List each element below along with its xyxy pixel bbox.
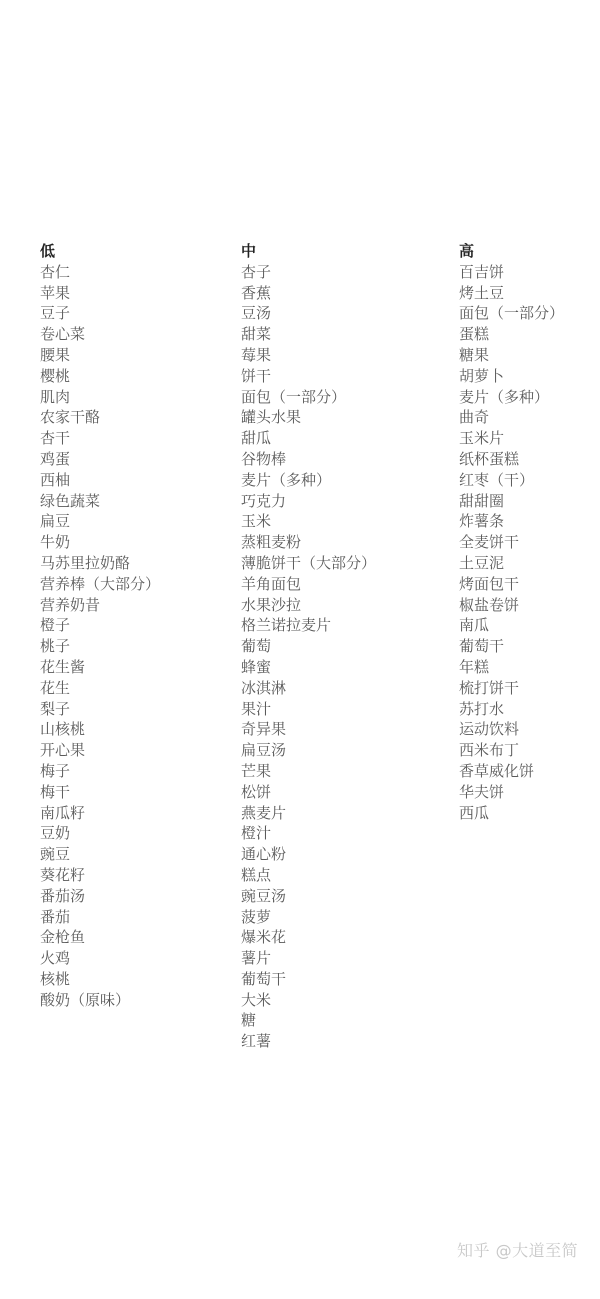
list-item: 扁豆 — [40, 511, 160, 532]
list-item: 南瓜 — [459, 615, 564, 636]
list-item: 百吉饼 — [459, 262, 564, 283]
list-item: 罐头水果 — [241, 407, 376, 428]
list-item: 绿色蔬菜 — [40, 491, 160, 512]
column-low: 低 杏仁苹果豆子卷心菜腰果樱桃肌肉农家干酪杏干鸡蛋西柚绿色蔬菜扁豆牛奶马苏里拉奶… — [40, 241, 160, 1010]
list-item: 大米 — [241, 990, 376, 1011]
list-item: 西瓜 — [459, 803, 564, 824]
list-item: 爆米花 — [241, 927, 376, 948]
list-item: 杏子 — [241, 262, 376, 283]
list-item: 豌豆汤 — [241, 886, 376, 907]
list-item: 葡萄 — [241, 636, 376, 657]
list-item: 炸薯条 — [459, 511, 564, 532]
list-item: 西米布丁 — [459, 740, 564, 761]
list-item: 饼干 — [241, 366, 376, 387]
list-item: 橙子 — [40, 615, 160, 636]
list-item: 甜甜圈 — [459, 491, 564, 512]
list-item: 花生 — [40, 678, 160, 699]
list-item: 红薯 — [241, 1031, 376, 1052]
list-item: 糕点 — [241, 865, 376, 886]
list-item: 樱桃 — [40, 366, 160, 387]
list-item: 蛋糕 — [459, 324, 564, 345]
list-item: 桃子 — [40, 636, 160, 657]
list-item: 菠萝 — [241, 907, 376, 928]
column-high: 高 百吉饼烤土豆面包（一部分）蛋糕糖果胡萝卜麦片（多种）曲奇玉米片纸杯蛋糕红枣（… — [459, 241, 564, 823]
list-item: 豆奶 — [40, 823, 160, 844]
list-item: 橙汁 — [241, 823, 376, 844]
list-item: 农家干酪 — [40, 407, 160, 428]
list-item: 薯片 — [241, 948, 376, 969]
list-item: 纸杯蛋糕 — [459, 449, 564, 470]
list-item: 红枣（干） — [459, 470, 564, 491]
list-item: 麦片（多种） — [241, 470, 376, 491]
list-item: 谷物棒 — [241, 449, 376, 470]
list-item: 豆子 — [40, 303, 160, 324]
list-item: 梨子 — [40, 699, 160, 720]
list-item: 苏打水 — [459, 699, 564, 720]
list-item: 腰果 — [40, 345, 160, 366]
list-item: 奇异果 — [241, 719, 376, 740]
list-item: 酸奶（原味） — [40, 990, 160, 1011]
list-item: 薄脆饼干（大部分） — [241, 553, 376, 574]
column-title-high: 高 — [459, 241, 564, 262]
list-item: 南瓜籽 — [40, 803, 160, 824]
list-item: 梅子 — [40, 761, 160, 782]
list-item: 水果沙拉 — [241, 595, 376, 616]
list-item: 豆汤 — [241, 303, 376, 324]
list-item: 葡萄干 — [459, 636, 564, 657]
list-item: 冰淇淋 — [241, 678, 376, 699]
list-item: 甜瓜 — [241, 428, 376, 449]
list-item: 年糕 — [459, 657, 564, 678]
list-item: 胡萝卜 — [459, 366, 564, 387]
list-item: 华夫饼 — [459, 782, 564, 803]
list-item: 全麦饼干 — [459, 532, 564, 553]
list-item: 杏仁 — [40, 262, 160, 283]
list-high: 百吉饼烤土豆面包（一部分）蛋糕糖果胡萝卜麦片（多种）曲奇玉米片纸杯蛋糕红枣（干）… — [459, 262, 564, 824]
list-item: 运动饮料 — [459, 719, 564, 740]
column-title-low: 低 — [40, 241, 160, 262]
list-item: 番茄汤 — [40, 886, 160, 907]
list-item: 扁豆汤 — [241, 740, 376, 761]
list-item: 营养棒（大部分） — [40, 574, 160, 595]
list-item: 甜菜 — [241, 324, 376, 345]
list-item: 山核桃 — [40, 719, 160, 740]
list-item: 梳打饼干 — [459, 678, 564, 699]
list-item: 马苏里拉奶酪 — [40, 553, 160, 574]
list-item: 豌豆 — [40, 844, 160, 865]
list-item: 通心粉 — [241, 844, 376, 865]
list-item: 西柚 — [40, 470, 160, 491]
list-item: 烤土豆 — [459, 283, 564, 304]
list-item: 椒盐卷饼 — [459, 595, 564, 616]
list-item: 营养奶昔 — [40, 595, 160, 616]
list-item: 梅干 — [40, 782, 160, 803]
list-item: 香蕉 — [241, 283, 376, 304]
list-item: 火鸡 — [40, 948, 160, 969]
column-mid: 中 杏子香蕉豆汤甜菜莓果饼干面包（一部分）罐头水果甜瓜谷物棒麦片（多种）巧克力玉… — [241, 241, 376, 1052]
list-item: 松饼 — [241, 782, 376, 803]
list-item: 葵花籽 — [40, 865, 160, 886]
list-item: 燕麦片 — [241, 803, 376, 824]
list-item: 鸡蛋 — [40, 449, 160, 470]
list-item: 金枪鱼 — [40, 927, 160, 948]
list-item: 玉米 — [241, 511, 376, 532]
list-item: 土豆泥 — [459, 553, 564, 574]
list-low: 杏仁苹果豆子卷心菜腰果樱桃肌肉农家干酪杏干鸡蛋西柚绿色蔬菜扁豆牛奶马苏里拉奶酪营… — [40, 262, 160, 1011]
list-item: 番茄 — [40, 907, 160, 928]
list-item: 糖果 — [459, 345, 564, 366]
list-item: 花生酱 — [40, 657, 160, 678]
list-item: 羊角面包 — [241, 574, 376, 595]
list-item: 蜂蜜 — [241, 657, 376, 678]
list-item: 面包（一部分） — [459, 303, 564, 324]
list-item: 麦片（多种） — [459, 387, 564, 408]
list-item: 核桃 — [40, 969, 160, 990]
list-item: 烤面包干 — [459, 574, 564, 595]
column-title-mid: 中 — [241, 241, 376, 262]
list-item: 苹果 — [40, 283, 160, 304]
list-item: 果汁 — [241, 699, 376, 720]
list-item: 葡萄干 — [241, 969, 376, 990]
list-item: 蒸粗麦粉 — [241, 532, 376, 553]
list-item: 开心果 — [40, 740, 160, 761]
list-item: 杏干 — [40, 428, 160, 449]
list-item: 曲奇 — [459, 407, 564, 428]
list-item: 卷心菜 — [40, 324, 160, 345]
list-item: 香草威化饼 — [459, 761, 564, 782]
watermark: 知乎 @大道至简 — [457, 1238, 578, 1261]
list-item: 芒果 — [241, 761, 376, 782]
list-item: 格兰诺拉麦片 — [241, 615, 376, 636]
list-mid: 杏子香蕉豆汤甜菜莓果饼干面包（一部分）罐头水果甜瓜谷物棒麦片（多种）巧克力玉米蒸… — [241, 262, 376, 1052]
list-item: 糖 — [241, 1010, 376, 1031]
list-item: 莓果 — [241, 345, 376, 366]
list-item: 面包（一部分） — [241, 387, 376, 408]
list-item: 巧克力 — [241, 491, 376, 512]
list-item: 玉米片 — [459, 428, 564, 449]
list-item: 肌肉 — [40, 387, 160, 408]
list-item: 牛奶 — [40, 532, 160, 553]
